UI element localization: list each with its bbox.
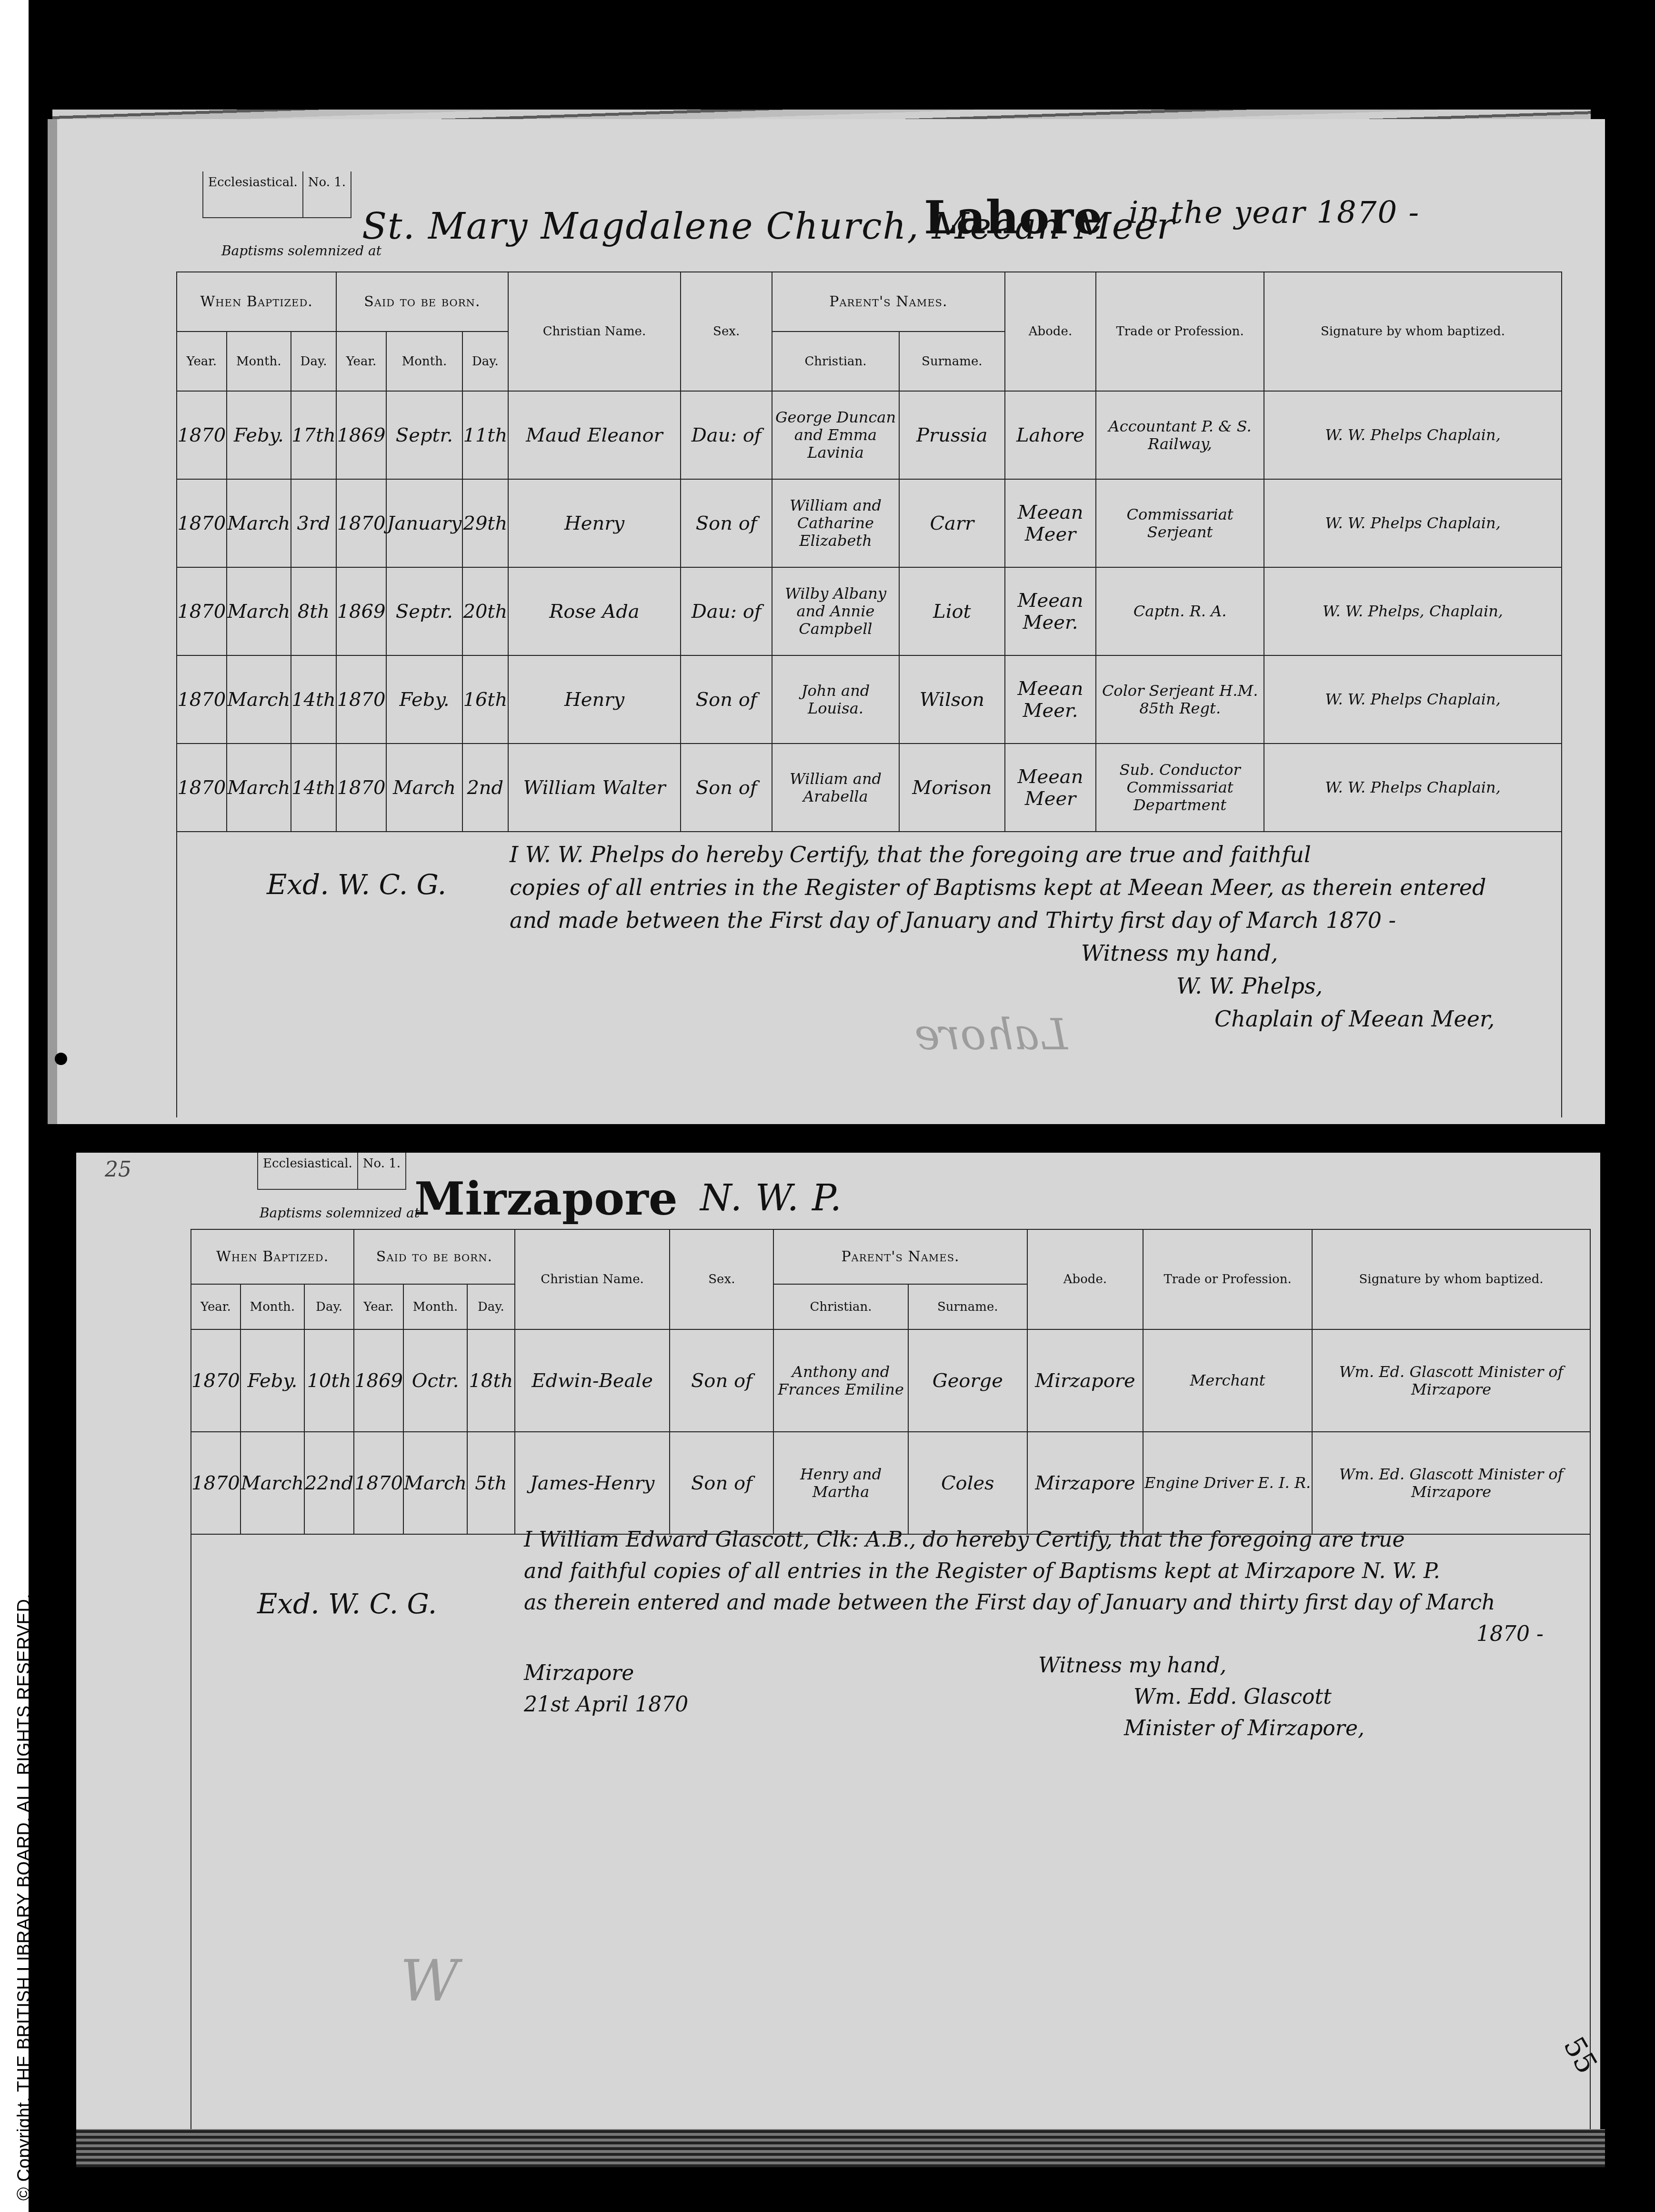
cell-born-day: 16th xyxy=(462,655,508,744)
cell-parent-christian: Wilby Albany and Annie Campbell xyxy=(772,567,899,655)
cell-signature: Wm. Ed. Glascott Minister of Mirzapore xyxy=(1312,1432,1590,1534)
cell-abode: Mirzapore xyxy=(1027,1432,1143,1534)
leaf-number: 25 xyxy=(105,1157,131,1182)
header-born-day: Day. xyxy=(462,332,508,391)
form-number: No. 1. xyxy=(303,171,351,217)
cell-abode: Meean Meer xyxy=(1005,744,1096,832)
signed-name: Wm. Edd. Glascott xyxy=(1133,1681,1544,1713)
cell-bap-month: Feby. xyxy=(241,1329,304,1432)
cell-trade: Accountant P. & S. Railway, xyxy=(1096,391,1264,479)
cell-born-year: 1869 xyxy=(336,391,386,479)
header-born-year: Year. xyxy=(354,1284,403,1329)
header-bap-year: Year. xyxy=(191,1284,241,1329)
cell-sex: Son of xyxy=(681,479,772,567)
cell-surname: Prussia xyxy=(899,391,1005,479)
place-stamp: Lahore xyxy=(924,191,1103,244)
cell-born-month: Septr. xyxy=(386,567,462,655)
header-parent-christian: Christian. xyxy=(773,1284,908,1329)
cell-bap-month: March xyxy=(227,567,291,655)
place-date-place: Mirzapore xyxy=(524,1658,688,1689)
form-label: Ecclesiastical. xyxy=(203,171,303,217)
cell-parent-christian: William and Arabella xyxy=(772,744,899,832)
cell-born-day: 18th xyxy=(467,1329,515,1432)
year-text: in the year 1870 - xyxy=(1129,195,1420,231)
cell-surname: Carr xyxy=(899,479,1005,567)
cell-born-day: 2nd xyxy=(462,744,508,832)
cell-bap-year: 1870 xyxy=(177,567,227,655)
cell-born-month: January xyxy=(386,479,462,567)
cell-born-month: March xyxy=(386,744,462,832)
cell-trade: Commissariat Serjeant xyxy=(1096,479,1264,567)
header-sex: Sex. xyxy=(670,1229,773,1329)
header-when-baptized: When Baptized. xyxy=(177,272,336,332)
cell-sex: Son of xyxy=(670,1329,773,1432)
cell-born-year: 1869 xyxy=(354,1329,403,1432)
cell-bap-month: Feby. xyxy=(227,391,291,479)
cell-bap-day: 17th xyxy=(291,391,336,479)
cell-trade: Engine Driver E. I. R. xyxy=(1143,1432,1312,1534)
cell-sex: Dau: of xyxy=(681,567,772,655)
cell-abode: Meean Meer. xyxy=(1005,567,1096,655)
examined-mark: Exd. W. C. G. xyxy=(267,867,446,903)
witness-text: Witness my hand, xyxy=(1081,937,1495,970)
header-said-to-be-born: Said to be born. xyxy=(336,272,508,332)
cell-trade: Captn. R. A. xyxy=(1096,567,1264,655)
cell-bap-day: 14th xyxy=(291,744,336,832)
cell-signature: W. W. Phelps Chaplain, xyxy=(1264,391,1562,479)
cell-surname: Coles xyxy=(908,1432,1027,1534)
cell-born-year: 1869 xyxy=(336,567,386,655)
certification-line: as therein entered and made between the … xyxy=(524,1587,1544,1619)
cell-bap-day: 3rd xyxy=(291,479,336,567)
examined-mark: Exd. W. C. G. xyxy=(257,1586,437,1622)
cell-signature: W. W. Phelps Chaplain, xyxy=(1264,655,1562,744)
table-row: 1870Feby.17th1869Septr.11thMaud EleanorD… xyxy=(177,391,1562,479)
header-bap-year: Year. xyxy=(177,332,227,391)
header-signature: Signature by whom baptized. xyxy=(1264,272,1562,391)
cell-surname: Wilson xyxy=(899,655,1005,744)
header-parents-names: Parent's Names. xyxy=(773,1229,1027,1284)
cell-bap-year: 1870 xyxy=(191,1329,241,1432)
header-signature: Signature by whom baptized. xyxy=(1312,1229,1590,1329)
cell-abode: Meean Meer xyxy=(1005,479,1096,567)
cell-signature: W. W. Phelps, Chaplain, xyxy=(1264,567,1562,655)
cell-name: Edwin-Beale xyxy=(515,1329,670,1432)
cell-born-year: 1870 xyxy=(354,1432,403,1534)
cell-born-day: 29th xyxy=(462,479,508,567)
cell-bap-day: 10th xyxy=(304,1329,354,1432)
header-christian-name: Christian Name. xyxy=(508,272,681,391)
header-parent-christian: Christian. xyxy=(772,332,899,391)
header-said-to-be-born: Said to be born. xyxy=(354,1229,515,1284)
page-edges-bottom xyxy=(76,2129,1605,2167)
table-row: 1870March22nd1870March5thJames-HenrySon … xyxy=(191,1432,1590,1534)
certification-line: I William Edward Glascott, Clk: A.B., do… xyxy=(524,1524,1544,1556)
cell-parent-christian: John and Louisa. xyxy=(772,655,899,744)
place-date-date: 21st April 1870 xyxy=(524,1689,688,1720)
form-number: No. 1. xyxy=(358,1153,405,1189)
cell-bap-month: March xyxy=(227,744,291,832)
table-row: 1870Feby.10th1869Octr.18thEdwin-BealeSon… xyxy=(191,1329,1590,1432)
register-page-mirzapore: 25 Ecclesiastical. No. 1. Baptisms solem… xyxy=(76,1153,1600,2139)
cell-sex: Son of xyxy=(670,1432,773,1534)
cell-trade: Merchant xyxy=(1143,1329,1312,1432)
header-christian-name: Christian Name. xyxy=(515,1229,670,1329)
header-bap-month: Month. xyxy=(227,332,291,391)
header-bap-month: Month. xyxy=(241,1284,304,1329)
cell-born-month: March xyxy=(403,1432,467,1534)
table-row: 1870March3rd1870January29thHenrySon ofWi… xyxy=(177,479,1562,567)
binding-hole xyxy=(55,1053,67,1065)
cell-name: Henry xyxy=(508,655,681,744)
cell-sex: Son of xyxy=(681,744,772,832)
cell-bap-year: 1870 xyxy=(177,391,227,479)
header-parents-names: Parent's Names. xyxy=(772,272,1005,332)
cell-bap-month: March xyxy=(241,1432,304,1534)
register-page-lahore: Ecclesiastical. No. 1. Baptisms solemniz… xyxy=(48,119,1605,1124)
cell-bap-year: 1870 xyxy=(177,479,227,567)
certification-line: 1870 - xyxy=(1476,1619,1544,1650)
header-bap-day: Day. xyxy=(291,332,336,391)
header-parent-surname: Surname. xyxy=(899,332,1005,391)
header-sex: Sex. xyxy=(681,272,772,391)
cell-bap-day: 8th xyxy=(291,567,336,655)
cell-signature: W. W. Phelps Chaplain, xyxy=(1264,744,1562,832)
copyright-strip: © Copyright. THE BRITISH LIBRARY BOARD. … xyxy=(0,0,29,2212)
cell-bap-month: March xyxy=(227,479,291,567)
cell-parent-christian: George Duncan and Emma Lavinia xyxy=(772,391,899,479)
header-parent-surname: Surname. xyxy=(908,1284,1027,1329)
header-bap-day: Day. xyxy=(304,1284,354,1329)
cell-born-day: 11th xyxy=(462,391,508,479)
cell-abode: Mirzapore xyxy=(1027,1329,1143,1432)
cell-sex: Dau: of xyxy=(681,391,772,479)
cell-bap-year: 1870 xyxy=(177,655,227,744)
cell-parent-christian: William and Catharine Elizabeth xyxy=(772,479,899,567)
cell-abode: Lahore xyxy=(1005,391,1096,479)
cell-trade: Sub. Conductor Commissariat Department xyxy=(1096,744,1264,832)
header-born-month: Month. xyxy=(386,332,462,391)
cell-bap-day: 14th xyxy=(291,655,336,744)
cell-born-month: Octr. xyxy=(403,1329,467,1432)
cell-born-year: 1870 xyxy=(336,744,386,832)
cell-surname: George xyxy=(908,1329,1027,1432)
cell-name: Rose Ada xyxy=(508,567,681,655)
cell-parent-christian: Henry and Martha xyxy=(773,1432,908,1534)
cell-born-year: 1870 xyxy=(336,655,386,744)
cell-name: William Walter xyxy=(508,744,681,832)
witness-text: Witness my hand, xyxy=(1038,1650,1544,1681)
cell-bap-day: 22nd xyxy=(304,1432,354,1534)
cell-bap-year: 1870 xyxy=(191,1432,241,1534)
place-date: Mirzapore 21st April 1870 xyxy=(524,1658,688,1720)
form-label: Ecclesiastical. xyxy=(258,1153,358,1189)
cell-trade: Color Serjeant H.M. 85th Regt. xyxy=(1096,655,1264,744)
cell-born-month: Feby. xyxy=(386,655,462,744)
header-born-month: Month. xyxy=(403,1284,467,1329)
cell-name: Henry xyxy=(508,479,681,567)
place-suffix: N. W. P. xyxy=(700,1176,843,1219)
header-when-baptized: When Baptized. xyxy=(191,1229,354,1284)
certification-line: copies of all entries in the Register of… xyxy=(510,871,1495,904)
copyright-notice: © Copyright. THE BRITISH LIBRARY BOARD. … xyxy=(14,1594,35,2201)
table-row: 1870March8th1869Septr.20thRose AdaDau: o… xyxy=(177,567,1562,655)
certification-text: I W. W. Phelps do hereby Certify, that t… xyxy=(510,838,1495,1036)
header-born-day: Day. xyxy=(467,1284,515,1329)
cell-signature: W. W. Phelps Chaplain, xyxy=(1264,479,1562,567)
signed-title: Chaplain of Meean Meer, xyxy=(1214,1003,1495,1036)
bleed-through-text: Lahore xyxy=(914,1010,1068,1060)
cell-bap-year: 1870 xyxy=(177,744,227,832)
certification-line: and made between the First day of Januar… xyxy=(510,904,1495,937)
place-stamp: Mirzapore xyxy=(414,1172,678,1226)
certification-line: I W. W. Phelps do hereby Certify, that t… xyxy=(510,838,1495,871)
form-label-box: Ecclesiastical. No. 1. xyxy=(202,171,351,218)
cell-born-month: Septr. xyxy=(386,391,462,479)
header-abode: Abode. xyxy=(1027,1229,1143,1329)
faint-stamp-mark: W xyxy=(400,1948,459,2014)
signed-name: W. W. Phelps, xyxy=(1176,970,1495,1003)
table-row: 1870March14th1870March2ndWilliam WalterS… xyxy=(177,744,1562,832)
cell-born-day: 20th xyxy=(462,567,508,655)
cell-born-year: 1870 xyxy=(336,479,386,567)
cell-signature: Wm. Ed. Glascott Minister of Mirzapore xyxy=(1312,1329,1590,1432)
header-trade: Trade or Profession. xyxy=(1096,272,1264,391)
header-abode: Abode. xyxy=(1005,272,1096,391)
solemnized-label: Baptisms solemnized at xyxy=(221,243,381,259)
cell-surname: Liot xyxy=(899,567,1005,655)
signed-title: Minister of Mirzapore, xyxy=(1124,1713,1544,1744)
cell-surname: Morison xyxy=(899,744,1005,832)
certification-line: and faithful copies of all entries in th… xyxy=(524,1556,1544,1587)
cell-parent-christian: Anthony and Frances Emiline xyxy=(773,1329,908,1432)
header-trade: Trade or Profession. xyxy=(1143,1229,1312,1329)
cell-born-day: 5th xyxy=(467,1432,515,1534)
cell-bap-month: March xyxy=(227,655,291,744)
cell-name: Maud Eleanor xyxy=(508,391,681,479)
table-row: 1870March14th1870Feby.16thHenrySon ofJoh… xyxy=(177,655,1562,744)
form-label-box: Ecclesiastical. No. 1. xyxy=(257,1153,406,1190)
cell-abode: Meean Meer. xyxy=(1005,655,1096,744)
solemnized-label: Baptisms solemnized at xyxy=(260,1205,420,1221)
header-born-year: Year. xyxy=(336,332,386,391)
cell-name: James-Henry xyxy=(515,1432,670,1534)
cell-sex: Son of xyxy=(681,655,772,744)
